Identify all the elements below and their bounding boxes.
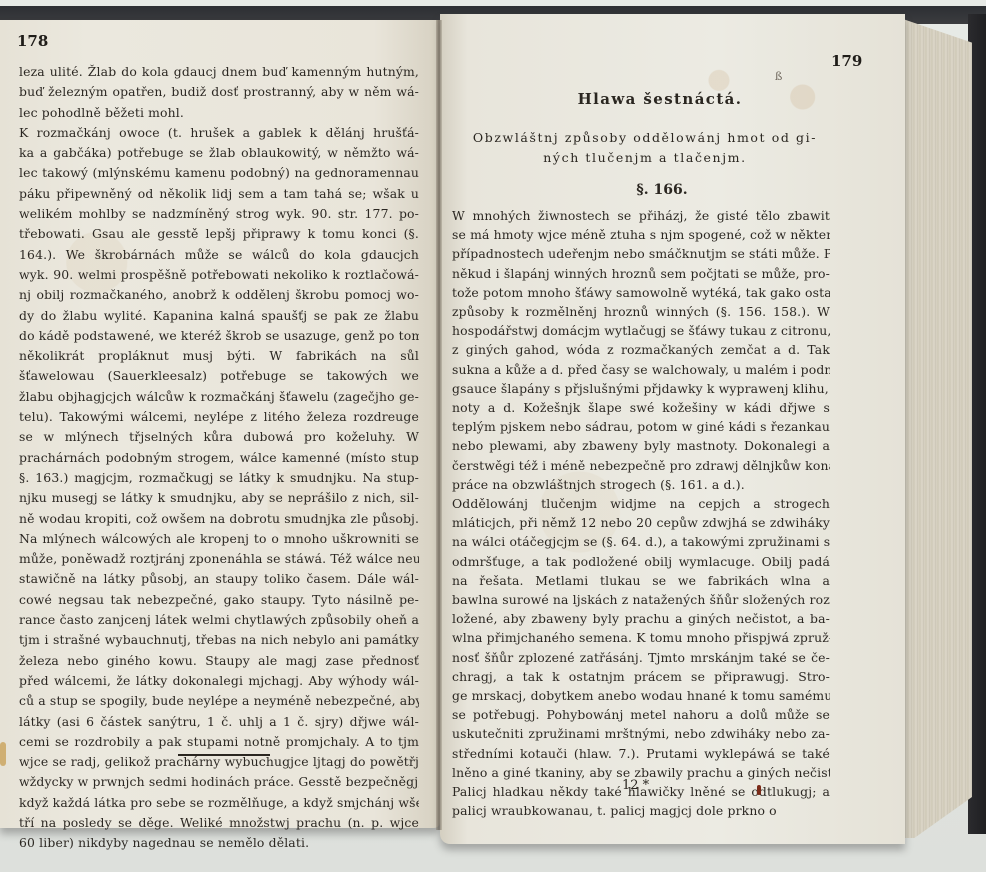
text-line: ců a stup se spogily, bude neylépe a ney… [19, 691, 419, 711]
text-line: hospodářstwj domácjm wytlačugj se šťáwy … [452, 321, 830, 340]
text-line: žlabu objhagjcjch wálcůw k rozmačkánj šť… [19, 387, 419, 407]
text-line: 164.). We škrobárnách může se wálců do k… [19, 245, 419, 265]
text-line: njku musegj se látky k smudnjku, aby se … [19, 488, 419, 508]
chapter-subtitle-line: Obzwláštnj způsoby oddělowánj hmot od gi… [452, 128, 838, 148]
text-line: bawlna surowé na ljskách z natažených šň… [452, 590, 830, 609]
chapter-subtitle-line: ných tlučenjm a tlačenjm. [452, 148, 838, 168]
text-line: §. 163.) magjcjm, rozmačkugj se látky k … [19, 468, 419, 488]
text-line: nosť šňůr zplozené zatřásánj. Tjmto mrsk… [452, 648, 830, 667]
text-line: buď železným opatřen, budiž dosť prostra… [19, 82, 419, 102]
section-heading: §. 166. [612, 182, 712, 198]
text-line: když každá látka pro sebe se rozmělňuge,… [19, 793, 419, 813]
text-line: teplým pjskem nebo sádrau, potom w giné … [452, 417, 830, 436]
text-line: na řešata. Metlami tlukau se we fabrikác… [452, 571, 830, 590]
text-line: čerstwěgi též i méně nebezpečně pro zdra… [452, 456, 830, 475]
text-line: cemi se rozdrobily a pak stupami notně p… [19, 732, 419, 752]
text-line: ka a gabčáka) potřebuge se žlab oblaukow… [19, 143, 419, 163]
text-line: ložené, aby zbaweny byly prachu a giných… [452, 609, 830, 628]
text-line: chragj, a tak k ostatnjm prácem se připr… [452, 667, 830, 686]
printer-mark: ß [775, 70, 782, 83]
text-line: tjm i strašné wybauchnutj, třebas na nic… [19, 630, 419, 650]
text-line: sukna a kůže a d. před časy se walchowal… [452, 360, 830, 379]
chapter-title: Hlawa šestnáctá. [560, 90, 760, 108]
text-line: prachárnách podobným strogem, wálce kame… [19, 448, 419, 468]
text-line: na wálci otáčegjcjm se (§. 64. d.), a ta… [452, 532, 830, 551]
text-line: mláticjch, při němž 12 nebo 20 cepůw zdw… [452, 513, 830, 532]
text-line: ge mrskacj, dobytkem anebo wodau hnané k… [452, 686, 830, 705]
text-line: páku připewněný od několik lidj sem a ta… [19, 184, 419, 204]
text-line: stawičně na látky působj, an staupy toli… [19, 569, 419, 589]
text-line: wždycky w prwnjch sedmi hodinách práce. … [19, 772, 419, 792]
book-gutter [436, 20, 442, 830]
text-line: může, poněwadž roztjránj zponenáhla se s… [19, 549, 419, 569]
text-line: noty a d. Kožešnjk šlape swé kožešiny w … [452, 398, 830, 417]
right-page-body: W mnohých žiwnostech se přiházj, že gist… [452, 206, 830, 821]
text-line: gsauce šlapány s přjslušnými přjdawky k … [452, 379, 830, 398]
text-line: tože potom mnoho šťáwy samowolně wytéká,… [452, 283, 830, 302]
text-line: uskutečniti zpružinami mrštnými, nebo zd… [452, 724, 830, 743]
text-line: nebo plewami, aby zbaweny byly mastnoty.… [452, 436, 830, 455]
chapter-end-rule [178, 754, 270, 756]
book-photo-scene: 178 179 ß leza ulité. Žlab do kola gdauc… [0, 0, 986, 872]
text-line: několikrát propláknut musj býti. W fabri… [19, 346, 419, 366]
text-line: lec pohodlně běžeti mohl. [19, 103, 419, 123]
text-line: rance často zanjcenj látek welmi chytlaw… [19, 610, 419, 630]
text-line: nj obilj rozmačkaného, anobrž k oddělenj… [19, 285, 419, 305]
page-stain [0, 742, 6, 766]
text-line: palicj wraubkowanau, t. palicj magjcj do… [452, 801, 830, 820]
text-line: způsoby k rozmělněnj hroznů winných (§. … [452, 302, 830, 321]
text-line: se má hmoty wjce méně ztuha s njm spogen… [452, 225, 830, 244]
text-line: 60 liber) nikdyby nagednau se nemělo děl… [19, 833, 419, 853]
text-line: wyk. 90. welmi prospěšně potřebowati nek… [19, 265, 419, 285]
text-line: wlna přimjchaného semena. K tomu mnoho p… [452, 628, 830, 647]
text-line: welikém mohlby se nadzmíněný strog wyk. … [19, 204, 419, 224]
text-line: středními kotauči (hlaw. 7.). Prutami wy… [452, 744, 830, 763]
text-line: leza ulité. Žlab do kola gdaucj dnem buď… [19, 62, 419, 82]
left-page-body: leza ulité. Žlab do kola gdaucj dnem buď… [19, 62, 419, 854]
page-stain [757, 785, 761, 795]
text-line: tří na posledy se děge. Weliké množstwj … [19, 813, 419, 833]
text-line: telu). Takowými wálcemi, neylépe z litéh… [19, 407, 419, 427]
left-page-number: 178 [17, 32, 48, 50]
text-line: se w mlýnech třjselných kůra dubowá pro … [19, 427, 419, 447]
text-line: do kádě podstawené, we kteréž škrob se u… [19, 326, 419, 346]
text-line: lec takowý (mlýnskému kamenu podobný) na… [19, 163, 419, 183]
printer-signature: 12 * [622, 778, 649, 793]
text-line: W mnohých žiwnostech se přiházj, že gist… [452, 206, 830, 225]
text-line: práce na obzwláštnjch strogech (§. 161. … [452, 475, 830, 494]
text-line: se potřebugj. Pohybowánj metel nahoru a … [452, 705, 830, 724]
text-line: Oddělowánj tlučenjm widjme na cepjch a s… [452, 494, 830, 513]
text-line: třebowati. Gsau ale gesstě lepšj připraw… [19, 224, 419, 244]
page-stack-edge [900, 18, 972, 838]
text-line: někud i šlapánj winných hroznů sem počjt… [452, 264, 830, 283]
text-line: odmršťuge, a tak podložené obilj wymlacu… [452, 552, 830, 571]
text-line: ně wodau kropiti, což owšem na dobrotu s… [19, 509, 419, 529]
text-line: K rozmačkánj owoce (t. hrušek a gablek k… [19, 123, 419, 143]
text-line: případnostech udeřenjm nebo smáčknutjm s… [452, 244, 830, 263]
text-line: šťawelowau (Sauerkleesalz) potřebuge se … [19, 366, 419, 386]
text-line: cowé negsau tak nebezpečné, gako staupy.… [19, 590, 419, 610]
chapter-subtitle: Obzwláštnj způsoby oddělowánj hmot od gi… [452, 128, 838, 168]
text-line: látky (asi 6 částek sanýtru, 1 č. uhlj a… [19, 712, 419, 732]
right-page-number: 179 [831, 52, 862, 70]
text-line: před wálcemi, že látky dokonalegi mjchag… [19, 671, 419, 691]
text-line: dy do žlabu wylité. Kapanina kalná spauš… [19, 306, 419, 326]
text-line: z giných gahod, wóda z rozmačkaných zemč… [452, 340, 830, 359]
text-line: železa nebo giného kowu. Staupy ale magj… [19, 651, 419, 671]
text-line: Na mlýnech wálcowých ale kropenj to o mn… [19, 529, 419, 549]
